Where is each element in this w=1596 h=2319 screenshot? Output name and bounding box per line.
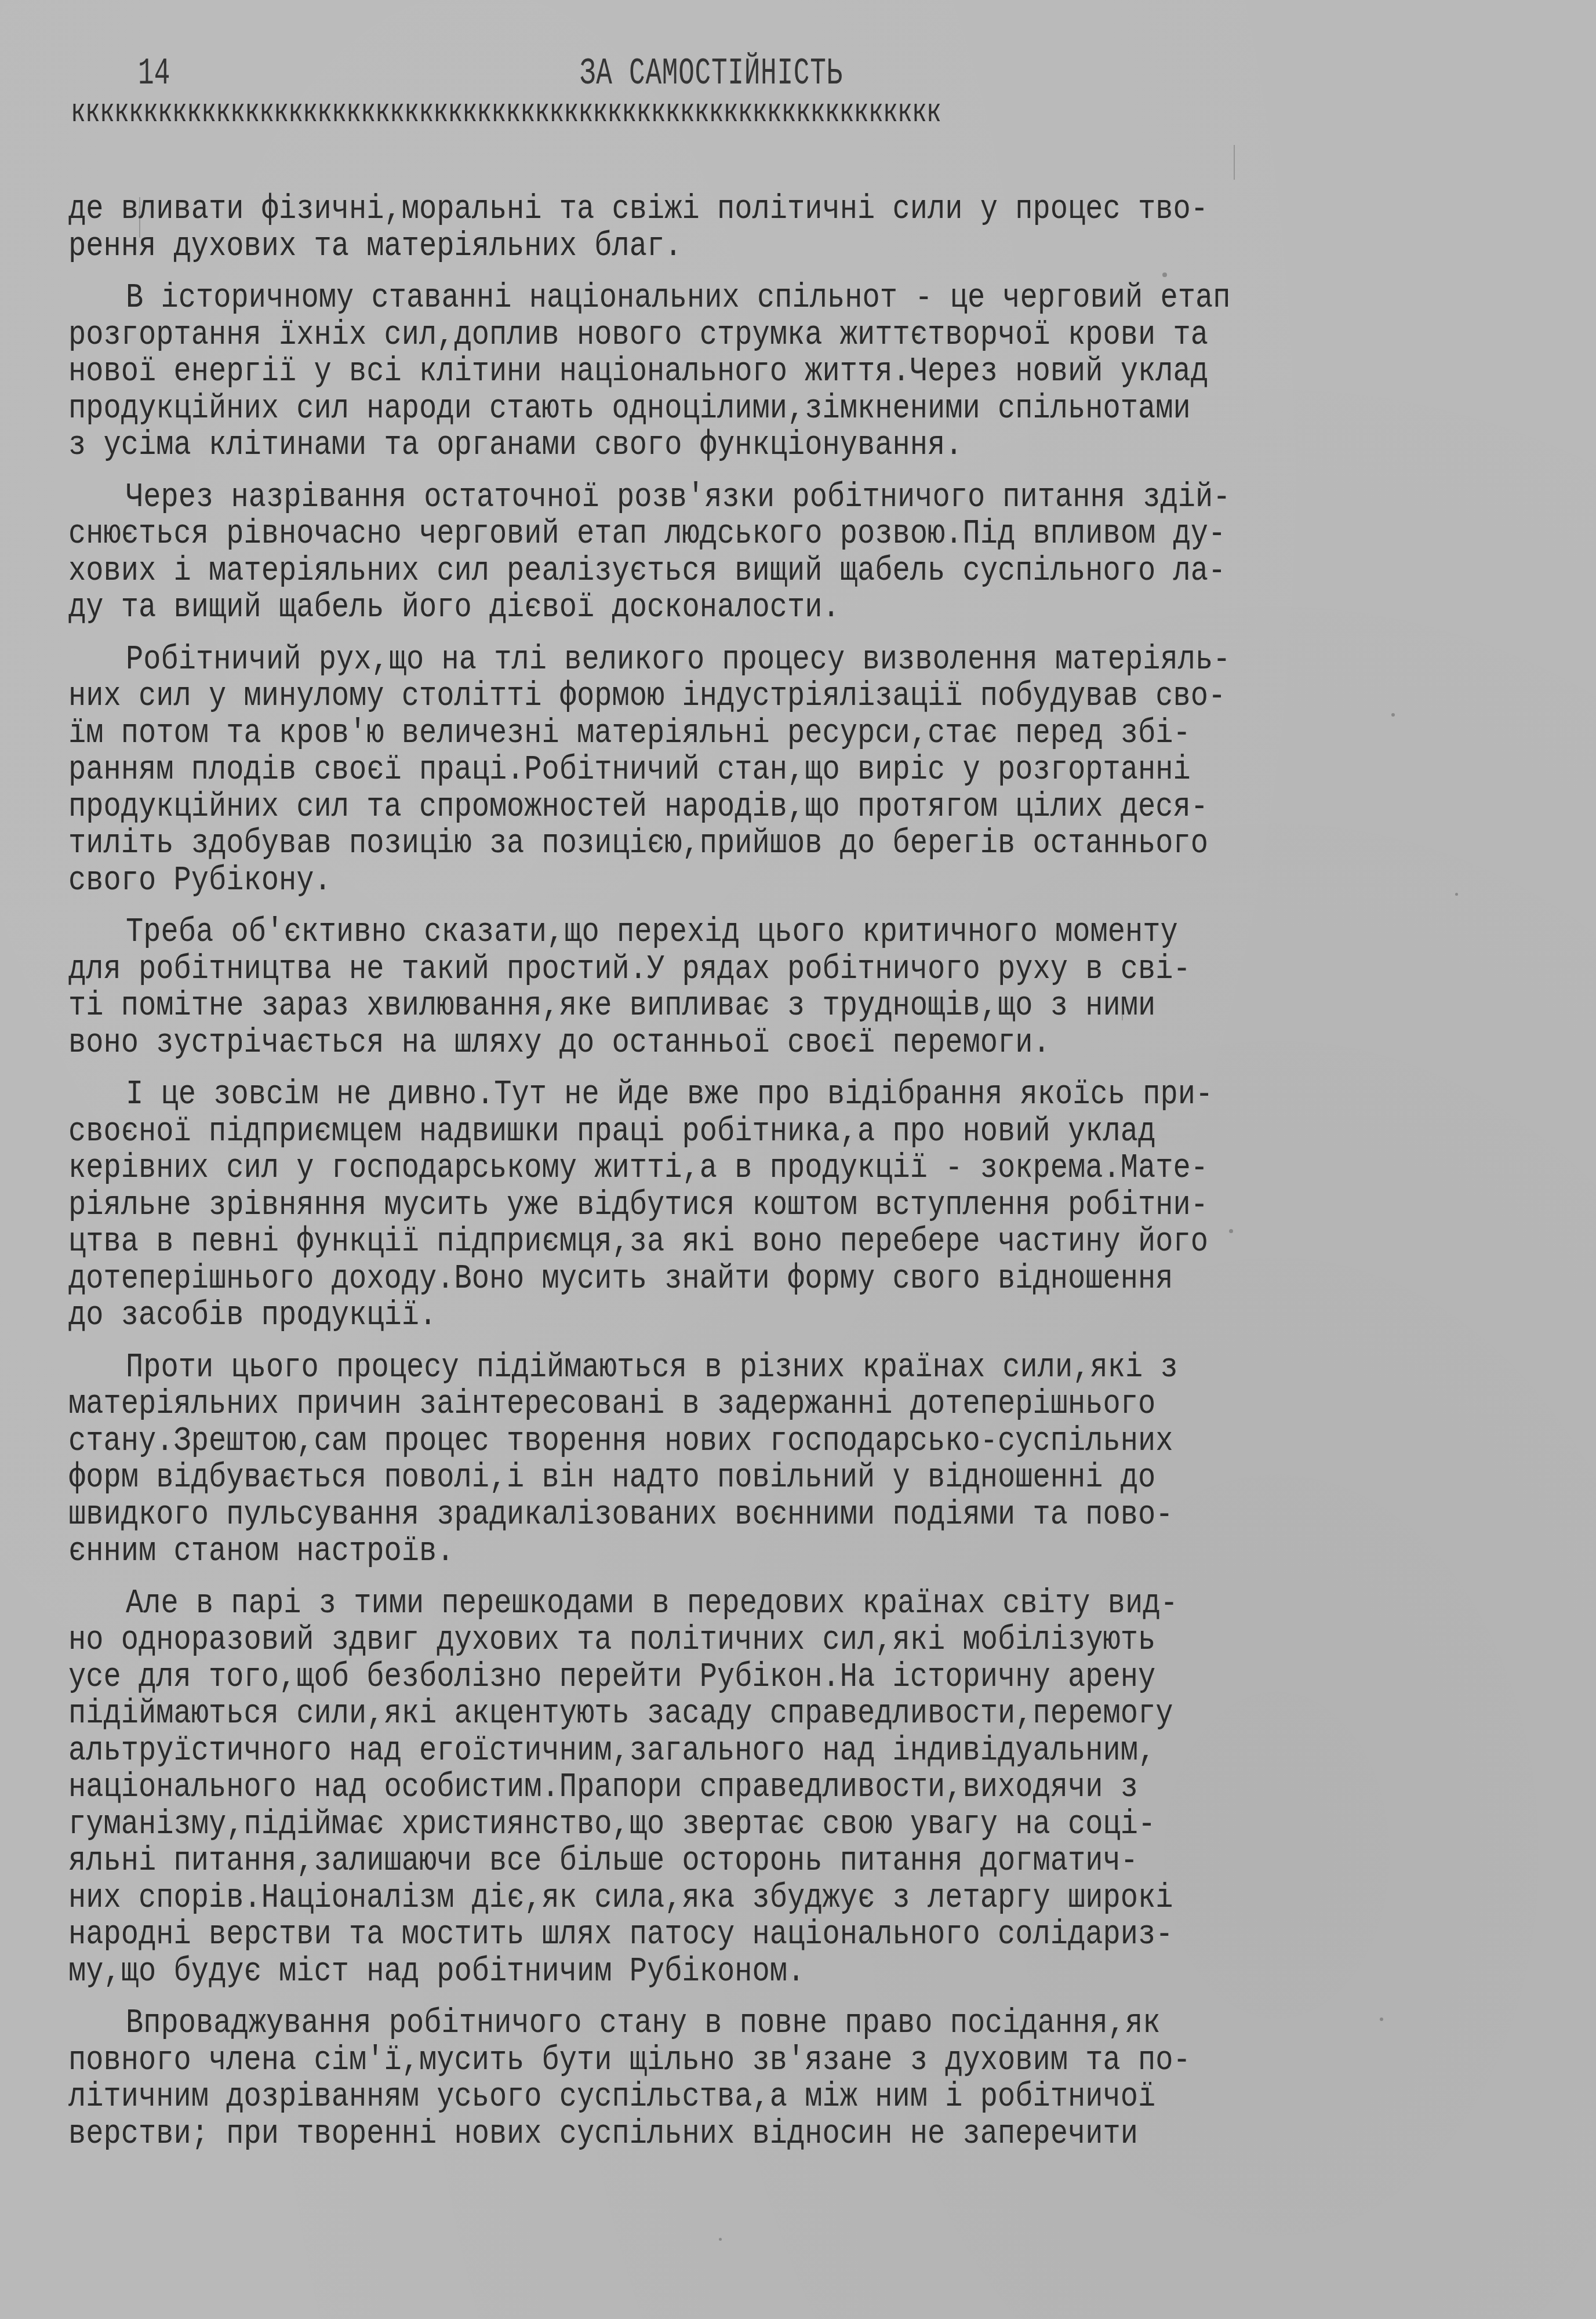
- text-line: му,що будує міст над робітничим Рубіконо…: [68, 1954, 1315, 1991]
- paper-scratch: [139, 197, 140, 238]
- text-line: гуманізму,підіймає християнство,що зверт…: [68, 1807, 1315, 1844]
- paper-speck: [1229, 1229, 1233, 1233]
- page-header: 14 ЗА САМОСТІЙНІСТЬ кккккккккккккккккккк…: [0, 51, 1596, 132]
- paper-speck: [1380, 2018, 1383, 2021]
- text-line: літичним дозріванням усього суспільства,…: [68, 2079, 1315, 2116]
- text-line: народні верстви та мостить шлях патосу н…: [68, 1917, 1315, 1954]
- text-line: ті помітне зараз хвилювання,яке випливає…: [68, 988, 1315, 1025]
- text-line: продукційних сил народи стають одноцілим…: [68, 391, 1315, 428]
- text-line: усе для того,щоб безболізно перейти Рубі…: [68, 1659, 1315, 1696]
- text-line: Треба об'єктивно сказати,що перехід цьог…: [68, 914, 1315, 951]
- text-line: них сил у минулому столітті формою індус…: [68, 678, 1315, 715]
- text-line: ріяльне зрівняння мусить уже відбутися к…: [68, 1187, 1315, 1224]
- page-number: 14: [138, 51, 170, 97]
- text-line: Але в парі з тими перешкодами в передови…: [68, 1586, 1315, 1623]
- paragraph-7: Проти цього процесу підіймаються в різни…: [68, 1350, 1553, 1571]
- text-line: стану.Зрештою,сам процес творення нових …: [68, 1423, 1315, 1460]
- paragraph-9: Впроваджування робітничого стану в повне…: [68, 2005, 1553, 2153]
- paragraph-2: В історичному ставанні національних спіл…: [68, 280, 1553, 464]
- text-line: дотеперішнього доходу.Воно мусить знайти…: [68, 1261, 1315, 1298]
- text-line: свого Рубікону.: [68, 863, 1315, 900]
- text-line: Робітничий рух,що на тлі великого процес…: [68, 642, 1315, 679]
- paper-speck: [1391, 713, 1395, 717]
- text-line: керівних сил у господарському житті,а в …: [68, 1150, 1315, 1187]
- text-line: їм потом та кров'ю величезні матеріяльні…: [68, 715, 1315, 753]
- text-line: снюється рівночасно черговий етап людськ…: [68, 516, 1315, 553]
- text-line: матеріяльних причин заінтересовані в зад…: [68, 1386, 1315, 1423]
- paper-scratch: [1234, 145, 1235, 180]
- text-line: Впроваджування робітничого стану в повне…: [68, 2005, 1315, 2042]
- text-line: форм відбувається поволі,і він надто пов…: [68, 1460, 1315, 1497]
- text-line: них спорів.Націоналізм діє,як сила,яка з…: [68, 1880, 1315, 1917]
- text-line: з усіма клітинами та органами свого функ…: [68, 427, 1315, 464]
- paragraph-8: Але в парі з тими перешкодами в передови…: [68, 1586, 1553, 1991]
- text-line: ду та вищий щабель його дієвої досконало…: [68, 590, 1315, 627]
- text-line: своєної підприємцем надвишки праці робіт…: [68, 1114, 1315, 1151]
- paragraph-6: І це зовсім не дивно.Тут не йде вже про …: [68, 1077, 1553, 1335]
- text-line: до засобів продукції.: [68, 1297, 1315, 1335]
- text-line: цтва в певні функції підприємця,за які в…: [68, 1224, 1315, 1261]
- text-line: верстви; при творенні нових суспільних в…: [68, 2116, 1315, 2153]
- paper-speck: [1162, 272, 1167, 277]
- text-line: швидкого пульсування зрадикалізованих во…: [68, 1497, 1315, 1534]
- text-line: нової енергії у всі клітини національног…: [68, 354, 1315, 391]
- text-line: розгортання їхніх сил,доплив нового стру…: [68, 317, 1315, 354]
- text-line: національного над особистим.Прапори спра…: [68, 1769, 1315, 1807]
- text-line: Через назрівання остаточної розв'язки ро…: [68, 479, 1315, 517]
- paper-speck: [719, 2238, 722, 2241]
- header-rule-line: кккккккккккккккккккккккккккккккккккккккк…: [71, 93, 941, 133]
- paragraph-1: де вливати фізичні,моральні та свіжі пол…: [68, 191, 1553, 265]
- paragraph-5: Треба об'єктивно сказати,що перехід цьог…: [68, 914, 1553, 1062]
- paper-speck: [1455, 893, 1458, 896]
- paragraph-3: Через назрівання остаточної розв'язки ро…: [68, 479, 1553, 627]
- text-line: повного члена сім'ї,мусить бути щільно з…: [68, 2042, 1315, 2080]
- text-line: но одноразовий здвиг духових та політичн…: [68, 1622, 1315, 1659]
- text-line: І це зовсім не дивно.Тут не йде вже про …: [68, 1077, 1315, 1114]
- text-line: підіймаються сили,які акцентують засаду …: [68, 1696, 1315, 1733]
- text-line: для робітництва не такий простий.У рядах…: [68, 951, 1315, 988]
- article-body: де вливати фізичні,моральні та свіжі пол…: [68, 191, 1553, 2168]
- text-line: воно зустрічається на шляху до останньої…: [68, 1025, 1315, 1062]
- text-line: Проти цього процесу підіймаються в різни…: [68, 1350, 1315, 1387]
- text-line: рення духових та матеріяльних благ.: [68, 228, 1315, 266]
- paper-scratch: [1122, 997, 1123, 1020]
- text-line: яльні питання,залишаючи все більше остор…: [68, 1843, 1315, 1880]
- text-line: де вливати фізичні,моральні та свіжі пол…: [68, 191, 1315, 228]
- text-line: ранням плодів своєї праці.Робітничий ста…: [68, 752, 1315, 789]
- text-line: хових і матеріяльних сил реалізується ви…: [68, 553, 1315, 590]
- text-line: єнним станом настроїв.: [68, 1533, 1315, 1571]
- journal-title: ЗА САМОСТІЙНІСТЬ: [580, 51, 843, 97]
- text-line: альтруїстичного над егоїстичним,загально…: [68, 1733, 1315, 1770]
- text-line: продукційних сил та спроможностей народі…: [68, 789, 1315, 826]
- text-line: тиліть здобував позицію за позицією,прий…: [68, 826, 1315, 863]
- paragraph-4: Робітничий рух,що на тлі великого процес…: [68, 642, 1553, 900]
- document-page: 14 ЗА САМОСТІЙНІСТЬ кккккккккккккккккккк…: [0, 0, 1596, 2319]
- text-line: В історичному ставанні національних спіл…: [68, 280, 1315, 317]
